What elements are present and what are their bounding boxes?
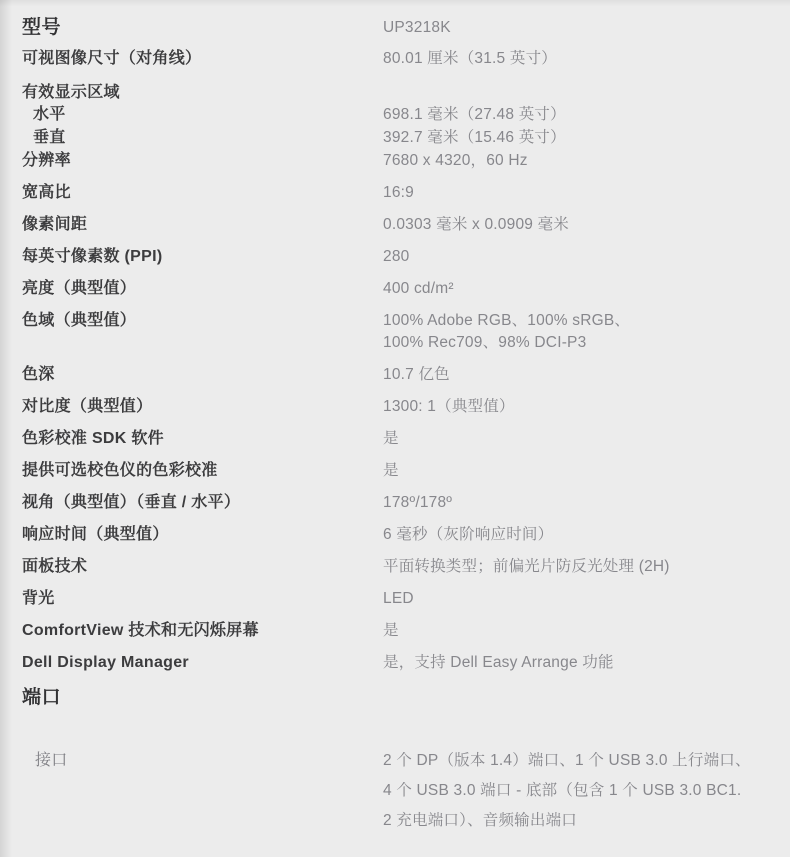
spec-value-viewable-image-size: 80.01 厘米（31.5 英寸） bbox=[383, 48, 784, 70]
spec-label-model: 型号 bbox=[22, 14, 383, 42]
spec-value-color-calibration-sdk: 是 bbox=[383, 428, 784, 450]
spec-row-response-time: 响应时间（典型值）6 毫秒（灰阶响应时间） bbox=[22, 524, 784, 546]
spec-value-optional-colorimeter-calibration: 是 bbox=[383, 460, 784, 482]
spec-label-response-time: 响应时间（典型值） bbox=[22, 524, 383, 546]
spec-row-color-calibration-sdk: 色彩校准 SDK 软件是 bbox=[22, 428, 784, 450]
spec-row-color-depth: 色深10.7 亿色 bbox=[22, 364, 784, 386]
spec-label-ports: 端口 bbox=[22, 684, 383, 712]
spec-row-ports: 端口 bbox=[22, 684, 784, 712]
spec-label-panel-technology: 面板技术 bbox=[22, 556, 383, 578]
spec-row-brightness: 亮度（典型值）400 cd/m² bbox=[22, 278, 784, 300]
spec-value-model: UP3218K bbox=[383, 14, 784, 42]
spec-label-pixels-per-inch: 每英寸像素数 (PPI) bbox=[22, 246, 383, 268]
spec-value-pixel-pitch: 0.0303 毫米 x 0.0909 毫米 bbox=[383, 214, 784, 236]
spec-label-color-calibration-sdk: 色彩校准 SDK 软件 bbox=[22, 428, 383, 450]
spec-label-pixel-pitch: 像素间距 bbox=[22, 214, 383, 236]
spec-label-horizontal: 水平 bbox=[22, 104, 383, 126]
spec-value-contrast-ratio: 1300: 1（典型值） bbox=[383, 396, 784, 418]
spec-row-comfortview: ComfortView 技术和无闪烁屏幕是 bbox=[22, 620, 784, 642]
spec-value-panel-technology: 平面转换类型；前偏光片防反光处理 (2H) bbox=[383, 556, 784, 578]
spec-label-viewing-angle: 视角（典型值）（垂直 / 水平） bbox=[22, 492, 383, 514]
spec-label-optional-colorimeter-calibration: 提供可选校色仪的色彩校准 bbox=[22, 460, 383, 482]
spec-row-model: 型号UP3218K bbox=[22, 14, 784, 42]
spec-value-brightness: 400 cd/m² bbox=[383, 278, 784, 300]
spec-row-connectors: 接口2 个 DP（版本 1.4）端口、1 个 USB 3.0 上行端口、 4 个… bbox=[22, 746, 784, 836]
spec-value-comfortview: 是 bbox=[383, 620, 784, 642]
spec-sheet-page: 型号UP3218K可视图像尺寸（对角线）80.01 厘米（31.5 英寸）有效显… bbox=[0, 0, 790, 857]
spec-label-resolution: 分辨率 bbox=[22, 150, 383, 172]
spec-value-resolution: 7680 x 4320，60 Hz bbox=[383, 150, 784, 172]
spec-label-viewable-image-size: 可视图像尺寸（对角线） bbox=[22, 48, 383, 70]
spec-value-pixels-per-inch: 280 bbox=[383, 246, 784, 268]
spec-value-horizontal: 698.1 毫米（27.48 英寸） bbox=[383, 104, 784, 126]
spec-value-aspect-ratio: 16:9 bbox=[383, 182, 784, 204]
spec-row-resolution: 分辨率7680 x 4320，60 Hz bbox=[22, 150, 784, 172]
spec-row-dell-display-manager: Dell Display Manager是，支持 Dell Easy Arran… bbox=[22, 652, 784, 674]
spec-row-viewing-angle: 视角（典型值）（垂直 / 水平）178º/178º bbox=[22, 492, 784, 514]
spec-label-aspect-ratio: 宽高比 bbox=[22, 182, 383, 204]
spec-row-contrast-ratio: 对比度（典型值）1300: 1（典型值） bbox=[22, 396, 784, 418]
spec-value-dell-display-manager: 是，支持 Dell Easy Arrange 功能 bbox=[383, 652, 784, 674]
spec-row-aspect-ratio: 宽高比16:9 bbox=[22, 182, 784, 204]
spec-label-color-depth: 色深 bbox=[22, 364, 383, 386]
spec-row-vertical: 垂直392.7 毫米（15.46 英寸） bbox=[22, 127, 784, 149]
spec-value-vertical: 392.7 毫米（15.46 英寸） bbox=[383, 127, 784, 149]
spec-label-contrast-ratio: 对比度（典型值） bbox=[22, 396, 383, 418]
spec-value-color-depth: 10.7 亿色 bbox=[383, 364, 784, 386]
spec-label-dell-display-manager: Dell Display Manager bbox=[22, 652, 383, 674]
spec-label-comfortview: ComfortView 技术和无闪烁屏幕 bbox=[22, 620, 383, 642]
spec-row-optional-colorimeter-calibration: 提供可选校色仪的色彩校准是 bbox=[22, 460, 784, 482]
spec-row-panel-technology: 面板技术平面转换类型；前偏光片防反光处理 (2H) bbox=[22, 556, 784, 578]
spec-label-vertical: 垂直 bbox=[22, 127, 383, 149]
spec-row-pixel-pitch: 像素间距0.0303 毫米 x 0.0909 毫米 bbox=[22, 214, 784, 236]
spec-label-active-display-area: 有效显示区域 bbox=[22, 82, 383, 104]
spec-row-color-gamut: 色域（典型值）100% Adobe RGB、100% sRGB、 100% Re… bbox=[22, 310, 784, 354]
spec-label-color-gamut: 色域（典型值） bbox=[22, 310, 383, 332]
spec-value-connectors: 2 个 DP（版本 1.4）端口、1 个 USB 3.0 上行端口、 4 个 U… bbox=[383, 746, 784, 836]
spec-label-brightness: 亮度（典型值） bbox=[22, 278, 383, 300]
spec-value-viewing-angle: 178º/178º bbox=[383, 492, 784, 514]
spec-row-active-display-area: 有效显示区域 bbox=[22, 82, 784, 104]
spec-row-horizontal: 水平698.1 毫米（27.48 英寸） bbox=[22, 104, 784, 126]
spec-value-color-gamut: 100% Adobe RGB、100% sRGB、 100% Rec709、98… bbox=[383, 310, 784, 354]
spec-value-backlight: LED bbox=[383, 588, 784, 610]
spec-value-response-time: 6 毫秒（灰阶响应时间） bbox=[383, 524, 784, 546]
spec-row-backlight: 背光LED bbox=[22, 588, 784, 610]
spec-row-viewable-image-size: 可视图像尺寸（对角线）80.01 厘米（31.5 英寸） bbox=[22, 48, 784, 70]
spec-row-pixels-per-inch: 每英寸像素数 (PPI)280 bbox=[22, 246, 784, 268]
spec-table: 型号UP3218K可视图像尺寸（对角线）80.01 厘米（31.5 英寸）有效显… bbox=[0, 0, 790, 836]
spec-label-connectors: 接口 bbox=[22, 746, 383, 776]
spec-label-backlight: 背光 bbox=[22, 588, 383, 610]
